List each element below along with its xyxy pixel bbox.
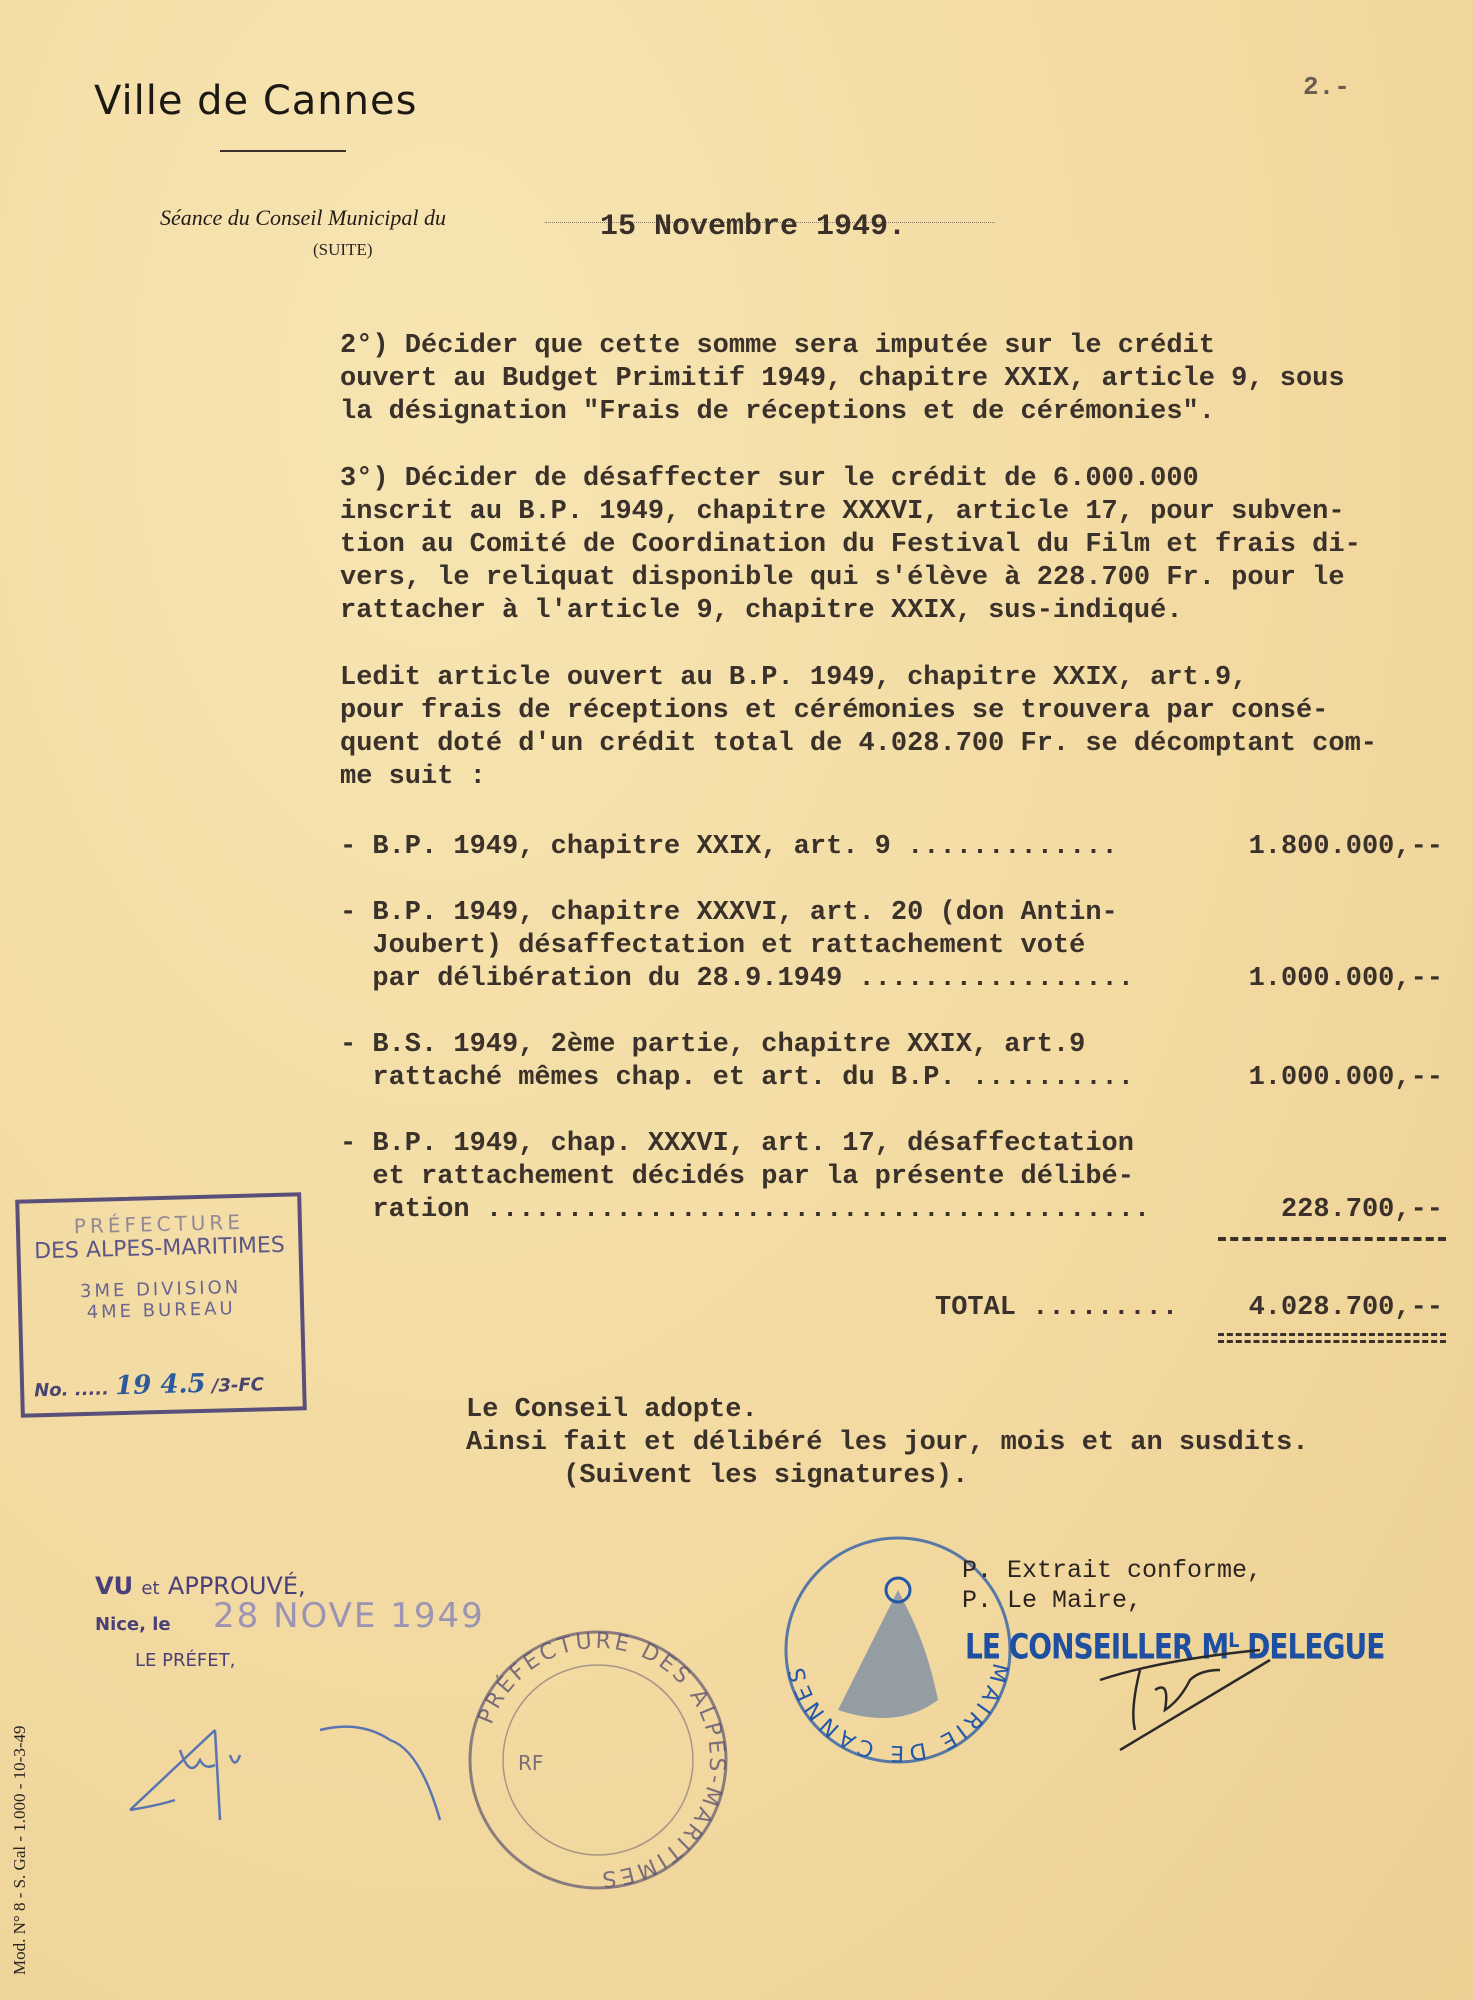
stamp-number-suffix: /3-FC (212, 1374, 265, 1396)
closing-text: Le Conseil adopte. Ainsi fait et délibér… (466, 1394, 1309, 1493)
breakdown-entry-amount: 1.000.000,-- (1249, 963, 1443, 996)
breakdown-entry-text: - B.P. 1949, chap. XXXVI, art. 17, désaf… (340, 1128, 1150, 1227)
breakdown-entry-text: - B.S. 1949, 2ème partie, chapitre XXIX,… (340, 1029, 1134, 1095)
prefecture-round-seal-icon: PRÉFECTURE DES ALPES-MARITIMES RF (458, 1620, 738, 1900)
approval-date-stamp: 28 NOVE 1949 (213, 1596, 485, 1636)
breakdown-entry-text: - B.P. 1949, chapitre XXIX, art. 9 .....… (340, 831, 1118, 864)
page-number: 2.- (1303, 72, 1350, 102)
approval-et: et (141, 1578, 159, 1599)
seal-prefecture-center: RF (518, 1751, 543, 1775)
total-double-rule (1218, 1333, 1446, 1336)
paragraph-3: 3°) Décider de désaffecter sur le crédit… (340, 463, 1361, 628)
breakdown-entry-text: - B.P. 1949, chapitre XXXVI, art. 20 (do… (340, 897, 1134, 996)
total-amount: 4.028.700,-- (1249, 1292, 1443, 1325)
total-label: TOTAL ......... (935, 1292, 1178, 1325)
prefet-signature-icon (120, 1700, 460, 1900)
certification-text: P. Extrait conforme, P. Le Maire, (962, 1556, 1262, 1616)
prefecture-box-stamp: PRÉFECTURE DES ALPES-MARITIMES 3ME DIVIS… (15, 1192, 307, 1417)
city-title: Ville de Cannes (94, 78, 417, 124)
seance-label: Séance du Conseil Municipal du (160, 205, 446, 231)
seal-prefecture-text: PRÉFECTURE DES ALPES-MARITIMES (474, 1629, 730, 1892)
sum-rule (1218, 1237, 1446, 1241)
stamp-number-handwritten: 19 4.5 (115, 1369, 206, 1401)
total-double-rule (1218, 1340, 1446, 1343)
breakdown-entry-amount: 1.000.000,-- (1249, 1062, 1443, 1095)
approval-prefet: LE PRÉFET, (95, 1643, 306, 1679)
maire-signature-icon (1080, 1640, 1320, 1760)
stamp-number-prefix: No. (34, 1379, 69, 1401)
approval-vu: VU (95, 1572, 133, 1600)
paragraph-ledit: Ledit article ouvert au B.P. 1949, chapi… (340, 662, 1377, 794)
breakdown-entry-amount: 1.800.000,-- (1249, 831, 1443, 864)
form-model-label: Mod. N° 8 - S. Gal - 1.000 - 10-3-49 (10, 1726, 30, 1976)
paragraph-2: 2°) Décider que cette somme sera imputée… (340, 330, 1345, 429)
stamp-number: No. ..... 19 4.5 /3-FC (34, 1367, 265, 1403)
seance-date: 15 Novembre 1949. (600, 210, 906, 244)
suite-label: (SUITE) (313, 240, 372, 260)
svg-text:PRÉFECTURE DES ALPES-MARITIMES: PRÉFECTURE DES ALPES-MARITIMES (474, 1629, 730, 1892)
breakdown-entry-amount: 228.700,-- (1281, 1194, 1443, 1227)
title-underline (220, 150, 346, 152)
